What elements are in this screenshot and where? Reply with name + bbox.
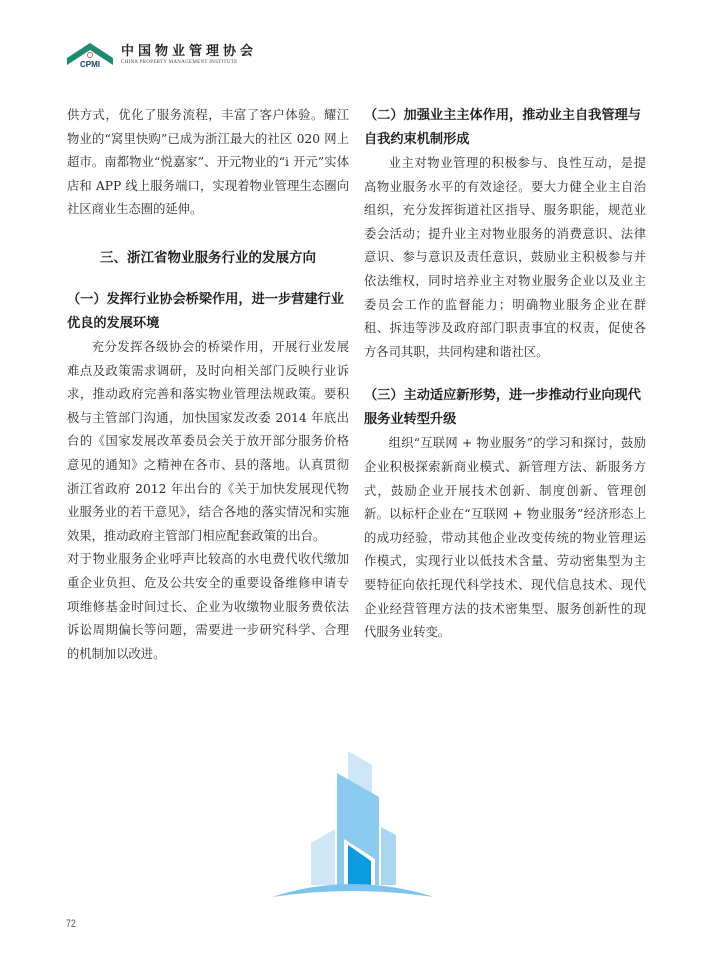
subsection-1-title: （一）发挥行业协会桥梁作用，进一步营建行业优良的发展环境	[67, 288, 349, 336]
subsection-2-title: （二）加强业主主体作用，推动业主自我管理与自我约束机制形成	[364, 104, 646, 152]
left-column: 供方式，优化了服务流程，丰富了客户体验。耀江物业的“窝里快购”已成为浙江最大的社…	[67, 104, 349, 666]
subsection-3-body: 组织“互联网 + 物业服务”的学习和探讨，鼓励企业积极探索新商业模式、新管理方法…	[364, 432, 646, 644]
section-title: 三、浙江省物业服务行业的发展方向	[67, 248, 349, 268]
logo-english-name: CHINA PROPERTY MANAGEMENT INSTITUTE	[121, 59, 257, 67]
spacer	[364, 364, 646, 384]
building-skyline-icon	[262, 745, 442, 900]
logo-chinese-name: 中国物业管理协会	[121, 44, 257, 59]
right-column: （二）加强业主主体作用，推动业主自我管理与自我约束机制形成 业主对物业管理的积极…	[364, 104, 646, 645]
cpmi-logo-icon: CPMI	[67, 41, 113, 69]
logo-text: 中国物业管理协会 CHINA PROPERTY MANAGEMENT INSTI…	[121, 44, 257, 67]
page-number: 72	[66, 918, 76, 930]
subsection-3-title: （三）主动适应新形势，进一步推动行业向现代服务业转型升级	[364, 384, 646, 432]
subsection-2-body: 业主对物业管理的积极参与、良性互动，是提高物业服务水平的有效途径。要大力健全业主…	[364, 152, 646, 364]
subsection-1-body: 充分发挥各级协会的桥梁作用，开展行业发展难点及政策需求调研，及时向相关部门反映行…	[67, 336, 349, 548]
page-header: CPMI 中国物业管理协会 CHINA PROPERTY MANAGEMENT …	[67, 40, 257, 70]
subsection-1-body-continued: 对于物业服务企业呼声比较高的水电费代收代缴加重企业负担、危及公共安全的重要设备维…	[67, 548, 349, 666]
intro-paragraph: 供方式，优化了服务流程，丰富了客户体验。耀江物业的“窝里快购”已成为浙江最大的社…	[67, 104, 349, 222]
svg-text:CPMI: CPMI	[80, 60, 100, 69]
